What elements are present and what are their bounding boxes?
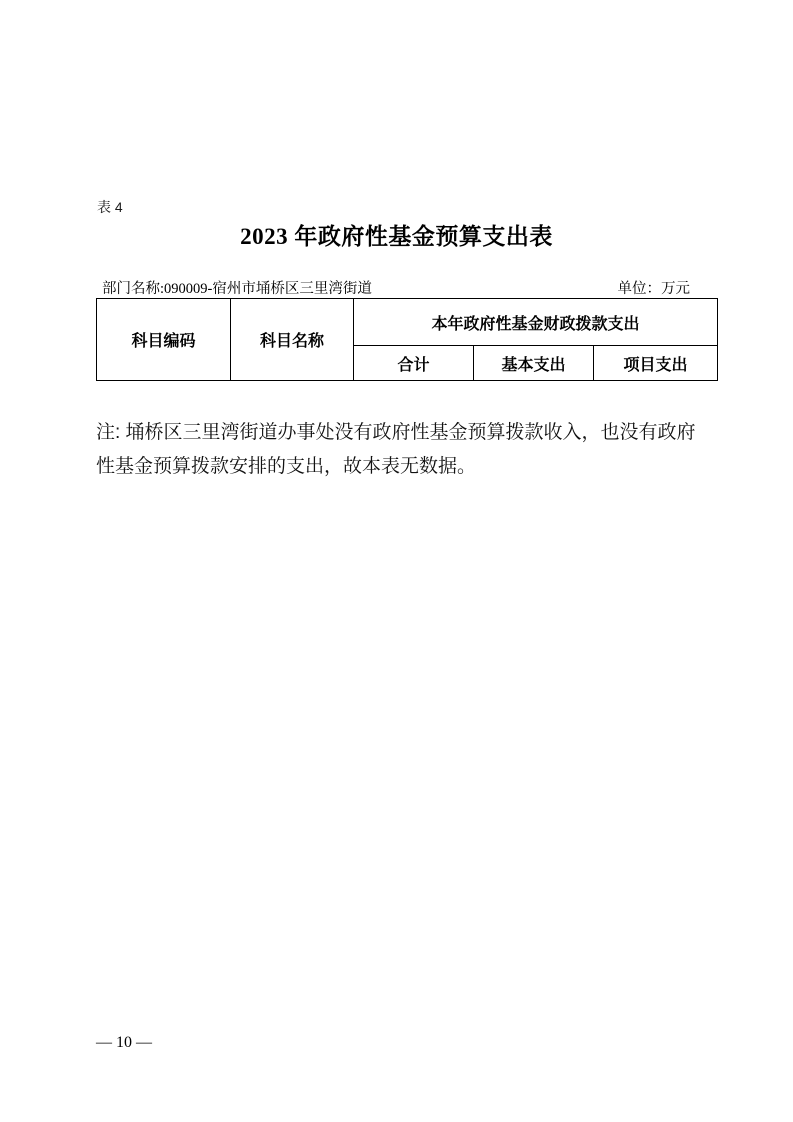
header-subject-name: 科目名称	[231, 299, 354, 381]
table-label: 表 4	[97, 199, 123, 215]
header-fund-expenditure-group: 本年政府性基金财政拨款支出	[354, 299, 718, 346]
header-total: 合计	[354, 346, 474, 381]
page-title: 2023 年政府性基金预算支出表	[0, 222, 793, 252]
note: 注: 埇桥区三里湾街道办事处没有政府性基金预算拨款收入，也没有政府 性基金预算拨…	[96, 416, 736, 484]
note-line-1: 注: 埇桥区三里湾街道办事处没有政府性基金预算拨款收入，也没有政府	[96, 416, 736, 450]
document-page: 表 4 2023 年政府性基金预算支出表 部门名称:090009-宿州市埇桥区三…	[0, 0, 793, 1122]
header-basic-expenditure: 基本支出	[474, 346, 594, 381]
header-subject-code: 科目编码	[97, 299, 231, 381]
page-number: — 10 —	[96, 1033, 152, 1053]
header-project-expenditure: 项目支出	[594, 346, 718, 381]
info-line: 部门名称:090009-宿州市埇桥区三里湾街道 单位：万元	[96, 280, 717, 298]
department-name: 部门名称:090009-宿州市埇桥区三里湾街道	[96, 280, 372, 298]
budget-table: 科目编码 科目名称 本年政府性基金财政拨款支出 合计 基本支出 项目支出	[96, 298, 718, 381]
unit-label: 单位：万元	[618, 280, 718, 298]
note-line-2: 性基金预算拨款安排的支出，故本表无数据。	[96, 450, 736, 484]
table-header-row-1: 科目编码 科目名称 本年政府性基金财政拨款支出	[97, 299, 718, 346]
